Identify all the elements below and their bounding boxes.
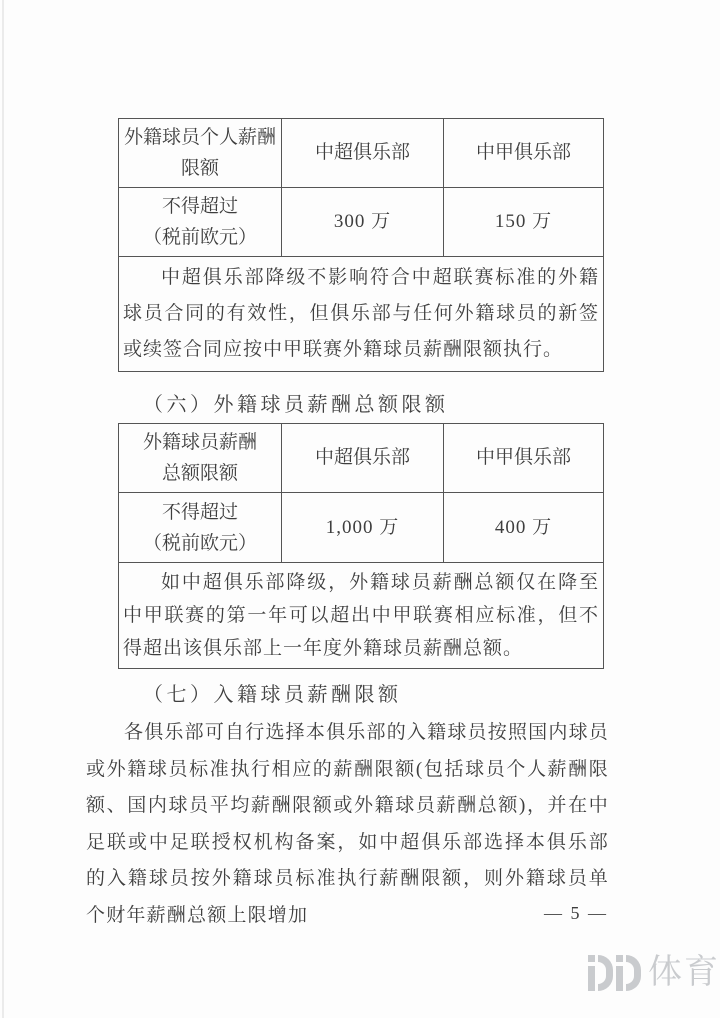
csl-limit-value: 1,000 万 [282,493,444,563]
pp-logo-p-icon [616,955,641,991]
table-note-text: 中超俱乐部降级不影响符合中超联赛标准的外籍球员合同的有效性，但俱乐部与任何外籍球… [123,260,599,368]
row-header-line2: 总额限额 [123,458,277,489]
limit-label-line1: 不得超过 [123,191,277,222]
scan-edge-shadow [2,0,4,1018]
row-header-line1: 外籍球员薪酬 [123,427,277,458]
row-header-cell: 外籍球员个人薪酬 限额 [119,119,282,188]
limit-label-line2: （税前欧元） [123,222,277,253]
table-note-cell: 中超俱乐部降级不影响符合中超联赛标准的外籍球员合同的有效性，但俱乐部与任何外籍球… [119,257,604,372]
table-row: 如中超俱乐部降级，外籍球员薪酬总额仅在降至中甲联赛的第一年可以超出中甲联赛相应标… [119,563,604,669]
table-row: 外籍球员个人薪酬 限额 中超俱乐部 中甲俱乐部 [119,119,604,188]
table-row: 外籍球员薪酬 总额限额 中超俱乐部 中甲俱乐部 [119,424,604,493]
cl1-limit-value: 150 万 [444,188,604,257]
individual-salary-limit-table: 外籍球员个人薪酬 限额 中超俱乐部 中甲俱乐部 不得超过 （税前欧元） 300 … [118,118,604,372]
column-header-cl1: 中甲俱乐部 [444,119,604,188]
column-header-cl1: 中甲俱乐部 [444,424,604,493]
section-6-heading: （六）外籍球员薪酬总额限额 [143,391,449,419]
cl1-limit-value: 400 万 [444,493,604,563]
pp-logo-icon [588,955,644,991]
watermark-brand-text: 体育 [648,953,720,991]
row-header-cell: 外籍球员薪酬 总额限额 [119,424,282,493]
section-7-heading: （七）入籍球员薪酬限额 [143,681,402,709]
table-note-text: 如中超俱乐部降级，外籍球员薪酬总额仅在降至中甲联赛的第一年可以超出中甲联赛相应标… [123,566,599,665]
limit-label-line2: （税前欧元） [123,528,277,559]
table-row: 不得超过 （税前欧元） 300 万 150 万 [119,188,604,257]
column-header-csl: 中超俱乐部 [282,119,444,188]
csl-limit-value: 300 万 [282,188,444,257]
row-header-line1: 外籍球员个人薪酬 [123,122,277,153]
limit-label-cell: 不得超过 （税前欧元） [119,493,282,563]
pp-logo-p-icon [588,955,613,991]
limit-label-line1: 不得超过 [123,497,277,528]
limit-label-cell: 不得超过 （税前欧元） [119,188,282,257]
page-number: — 5 — [544,903,608,924]
scanned-document-page: 外籍球员个人薪酬 限额 中超俱乐部 中甲俱乐部 不得超过 （税前欧元） 300 … [0,0,720,1018]
table-row: 不得超过 （税前欧元） 1,000 万 400 万 [119,493,604,563]
pp-sports-watermark: 体育 [588,953,720,991]
row-header-line2: 限额 [123,153,277,184]
column-header-csl: 中超俱乐部 [282,424,444,493]
table-row: 中超俱乐部降级不影响符合中超联赛标准的外籍球员合同的有效性，但俱乐部与任何外籍球… [119,257,604,372]
table-note-cell: 如中超俱乐部降级，外籍球员薪酬总额仅在降至中甲联赛的第一年可以超出中甲联赛相应标… [119,563,604,669]
body-paragraph: 各俱乐部可自行选择本俱乐部的入籍球员按照国内球员或外籍球员标准执行相应的薪酬限额… [86,715,609,935]
total-salary-limit-table: 外籍球员薪酬 总额限额 中超俱乐部 中甲俱乐部 不得超过 （税前欧元） 1,00… [118,423,604,669]
